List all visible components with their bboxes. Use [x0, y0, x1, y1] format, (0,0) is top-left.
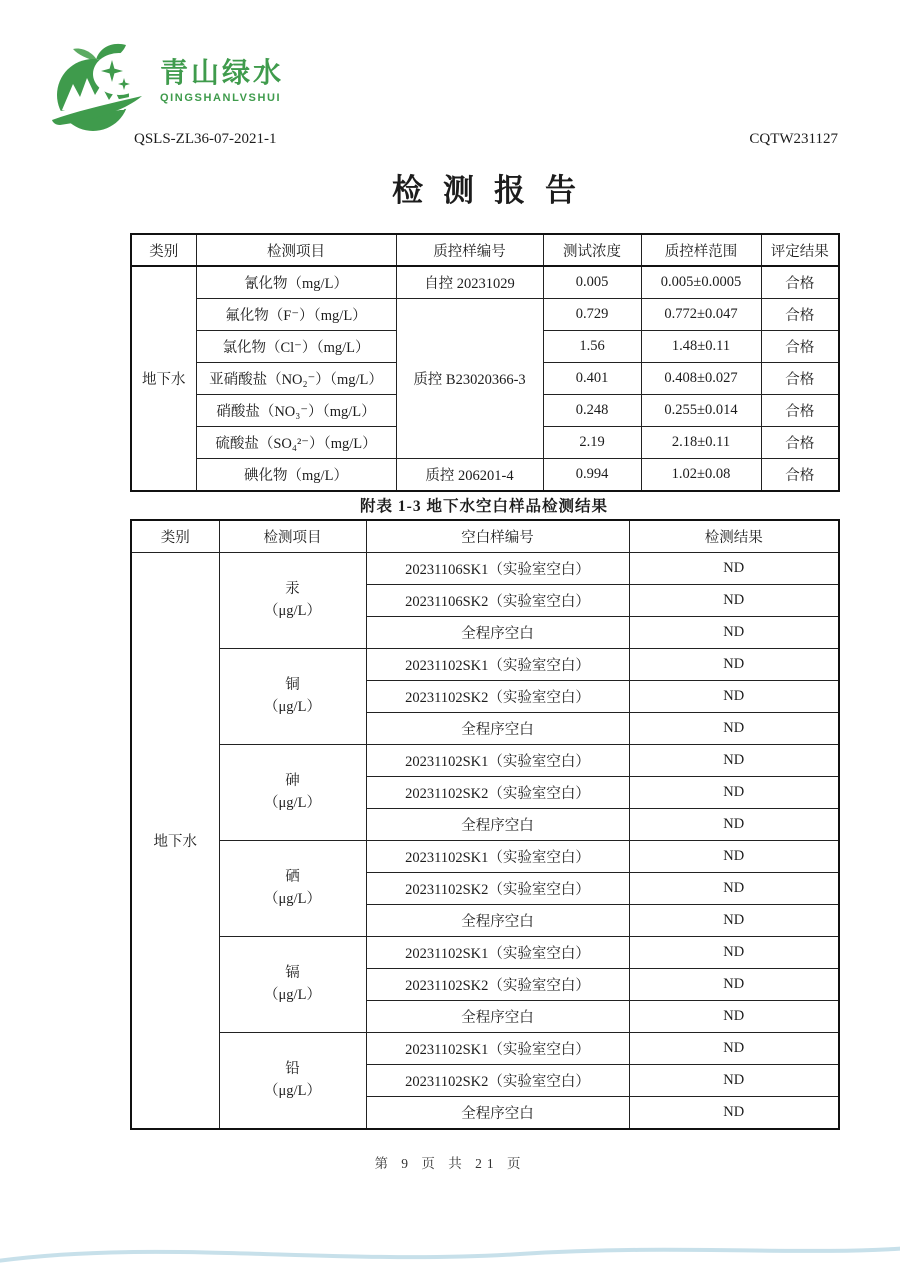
col-header: 质控样范围 [641, 234, 761, 266]
blank-sample-id-cell: 20231102SK1（实验室空白） [366, 841, 629, 873]
analyte-name: 铜 [222, 675, 364, 696]
item-cell: 碘化物（mg/L） [196, 459, 396, 492]
blank-table-title: 附表 1-3 地下水空白样品检测结果 [130, 494, 838, 516]
col-header: 检测项目 [219, 520, 366, 553]
concentration-cell: 0.248 [543, 395, 641, 427]
blank-results-table: 类别 检测项目 空白样编号 检测结果 地下水 汞 （μg/L） 20231106… [130, 519, 840, 1130]
analyte-name: 镉 [222, 963, 364, 984]
category-cell: 地下水 [131, 266, 196, 491]
blank-result-cell: ND [629, 617, 839, 649]
col-header: 检测项目 [196, 234, 396, 266]
qc-range-cell: 0.255±0.014 [641, 395, 761, 427]
brand-name-en: QINGSHANLVSHUI [160, 92, 284, 104]
qc-range-cell: 0.772±0.047 [641, 299, 761, 331]
page-title: 检测报告 [130, 165, 838, 210]
blank-result-cell: ND [629, 809, 839, 841]
blank-sample-id-cell: 全程序空白 [366, 713, 629, 745]
result-cell: 合格 [761, 266, 839, 299]
blank-result-cell: ND [629, 1033, 839, 1065]
analyte-cell: 硒 （μg/L） [219, 841, 366, 937]
blank-sample-id-cell: 20231102SK2（实验室空白） [366, 777, 629, 809]
concentration-cell: 2.19 [543, 427, 641, 459]
col-header: 评定结果 [761, 234, 839, 266]
col-header: 空白样编号 [366, 520, 629, 553]
col-header: 检测结果 [629, 520, 839, 553]
blank-result-cell: ND [629, 713, 839, 745]
analyte-unit: （μg/L） [222, 1081, 364, 1102]
blank-result-cell: ND [629, 841, 839, 873]
table-row: 铅 （μg/L） 20231102SK1（实验室空白） ND [131, 1033, 839, 1065]
item-cell: 亚硝酸盐（NO₂⁻）（mg/L） [196, 363, 396, 395]
blank-result-cell: ND [629, 777, 839, 809]
analyte-cell: 镉 （μg/L） [219, 937, 366, 1033]
blank-sample-id-cell: 全程序空白 [366, 809, 629, 841]
concentration-cell: 0.729 [543, 299, 641, 331]
blank-result-cell: ND [629, 681, 839, 713]
blank-sample-id-cell: 全程序空白 [366, 1097, 629, 1130]
concentration-cell: 0.005 [543, 266, 641, 299]
table-row: 砷 （μg/L） 20231102SK1（实验室空白） ND [131, 745, 839, 777]
item-cell: 氰化物（mg/L） [196, 266, 396, 299]
blank-sample-id-cell: 全程序空白 [366, 617, 629, 649]
analyte-cell: 铅 （μg/L） [219, 1033, 366, 1130]
analyte-name: 铅 [222, 1059, 364, 1080]
qc-results-table: 类别 检测项目 质控样编号 测试浓度 质控样范围 评定结果 地下水 氰化物（mg… [130, 233, 840, 492]
result-cell: 合格 [761, 395, 839, 427]
analyte-unit: （μg/L） [222, 697, 364, 718]
brand-name-block: 青山绿水 QINGSHANLVSHUI [160, 58, 284, 104]
blank-result-cell: ND [629, 1001, 839, 1033]
qc-range-cell: 2.18±0.11 [641, 427, 761, 459]
report-page: 青山绿水 QINGSHANLVSHUI QSLS-ZL36-07-2021-1 … [0, 0, 900, 1272]
analyte-cell: 铜 （μg/L） [219, 649, 366, 745]
analyte-cell: 汞 （μg/L） [219, 553, 366, 649]
blank-sample-id-cell: 20231102SK2（实验室空白） [366, 1065, 629, 1097]
qc-range-cell: 1.02±0.08 [641, 459, 761, 492]
col-header: 质控样编号 [396, 234, 543, 266]
blank-result-cell: ND [629, 905, 839, 937]
qc-range-cell: 0.005±0.0005 [641, 266, 761, 299]
analyte-name: 汞 [222, 579, 364, 600]
analyte-unit: （μg/L） [222, 889, 364, 910]
category-cell: 地下水 [131, 553, 219, 1130]
report-number: CQTW231127 [749, 131, 838, 148]
blank-sample-id-cell: 20231102SK1（实验室空白） [366, 745, 629, 777]
brand-name: 青山绿水 [160, 58, 284, 89]
blank-result-cell: ND [629, 553, 839, 585]
col-header: 类别 [131, 234, 196, 266]
table-row: 地下水 汞 （μg/L） 20231106SK1（实验室空白） ND [131, 553, 839, 585]
blank-sample-id-cell: 全程序空白 [366, 1001, 629, 1033]
table-row: 氟化物（F⁻）（mg/L） 质控 B23020366-3 0.729 0.772… [131, 299, 839, 331]
brand-logo-icon [52, 40, 144, 134]
blank-result-cell: ND [629, 745, 839, 777]
item-cell: 氟化物（F⁻）（mg/L） [196, 299, 396, 331]
qc-sample-id-cell: 质控 B23020366-3 [396, 299, 543, 459]
blank-sample-id-cell: 全程序空白 [366, 905, 629, 937]
item-cell: 硝酸盐（NO₃⁻）（mg/L） [196, 395, 396, 427]
result-cell: 合格 [761, 459, 839, 492]
concentration-cell: 0.994 [543, 459, 641, 492]
blank-result-cell: ND [629, 585, 839, 617]
result-cell: 合格 [761, 331, 839, 363]
analyte-name: 砷 [222, 771, 364, 792]
result-cell: 合格 [761, 363, 839, 395]
qc-sample-id-cell: 自控 20231029 [396, 266, 543, 299]
table-row: 地下水 氰化物（mg/L） 自控 20231029 0.005 0.005±0.… [131, 266, 839, 299]
table-row: 硒 （μg/L） 20231102SK1（实验室空白） ND [131, 841, 839, 873]
item-cell: 氯化物（Cl⁻）（mg/L） [196, 331, 396, 363]
blank-sample-id-cell: 20231102SK1（实验室空白） [366, 649, 629, 681]
blank-result-cell: ND [629, 1065, 839, 1097]
blank-sample-id-cell: 20231106SK1（实验室空白） [366, 553, 629, 585]
page-number: 第 9 页 共 21 页 [0, 1152, 900, 1172]
result-cell: 合格 [761, 299, 839, 331]
analyte-name: 硒 [222, 867, 364, 888]
result-cell: 合格 [761, 427, 839, 459]
blank-result-cell: ND [629, 937, 839, 969]
analyte-unit: （μg/L） [222, 985, 364, 1006]
qc-range-cell: 1.48±0.11 [641, 331, 761, 363]
table-header-row: 类别 检测项目 质控样编号 测试浓度 质控样范围 评定结果 [131, 234, 839, 266]
table-row: 镉 （μg/L） 20231102SK1（实验室空白） ND [131, 937, 839, 969]
blank-sample-id-cell: 20231102SK1（实验室空白） [366, 937, 629, 969]
analyte-unit: （μg/L） [222, 601, 364, 622]
blank-result-cell: ND [629, 969, 839, 1001]
analyte-unit: （μg/L） [222, 793, 364, 814]
concentration-cell: 0.401 [543, 363, 641, 395]
analyte-cell: 砷 （μg/L） [219, 745, 366, 841]
concentration-cell: 1.56 [543, 331, 641, 363]
document-code: QSLS-ZL36-07-2021-1 [134, 131, 277, 148]
blank-result-cell: ND [629, 1097, 839, 1130]
bottom-watermark-wave-icon [0, 1226, 900, 1272]
blank-sample-id-cell: 20231102SK2（实验室空白） [366, 681, 629, 713]
blank-sample-id-cell: 20231102SK2（实验室空白） [366, 873, 629, 905]
blank-sample-id-cell: 20231102SK1（实验室空白） [366, 1033, 629, 1065]
qc-range-cell: 0.408±0.027 [641, 363, 761, 395]
blank-sample-id-cell: 20231106SK2（实验室空白） [366, 585, 629, 617]
blank-result-cell: ND [629, 873, 839, 905]
blank-sample-id-cell: 20231102SK2（实验室空白） [366, 969, 629, 1001]
table-row: 铜 （μg/L） 20231102SK1（实验室空白） ND [131, 649, 839, 681]
col-header: 测试浓度 [543, 234, 641, 266]
blank-result-cell: ND [629, 649, 839, 681]
table-row: 碘化物（mg/L） 质控 206201-4 0.994 1.02±0.08 合格 [131, 459, 839, 492]
table-header-row: 类别 检测项目 空白样编号 检测结果 [131, 520, 839, 553]
qc-sample-id-cell: 质控 206201-4 [396, 459, 543, 492]
col-header: 类别 [131, 520, 219, 553]
item-cell: 硫酸盐（SO₄²⁻）（mg/L） [196, 427, 396, 459]
